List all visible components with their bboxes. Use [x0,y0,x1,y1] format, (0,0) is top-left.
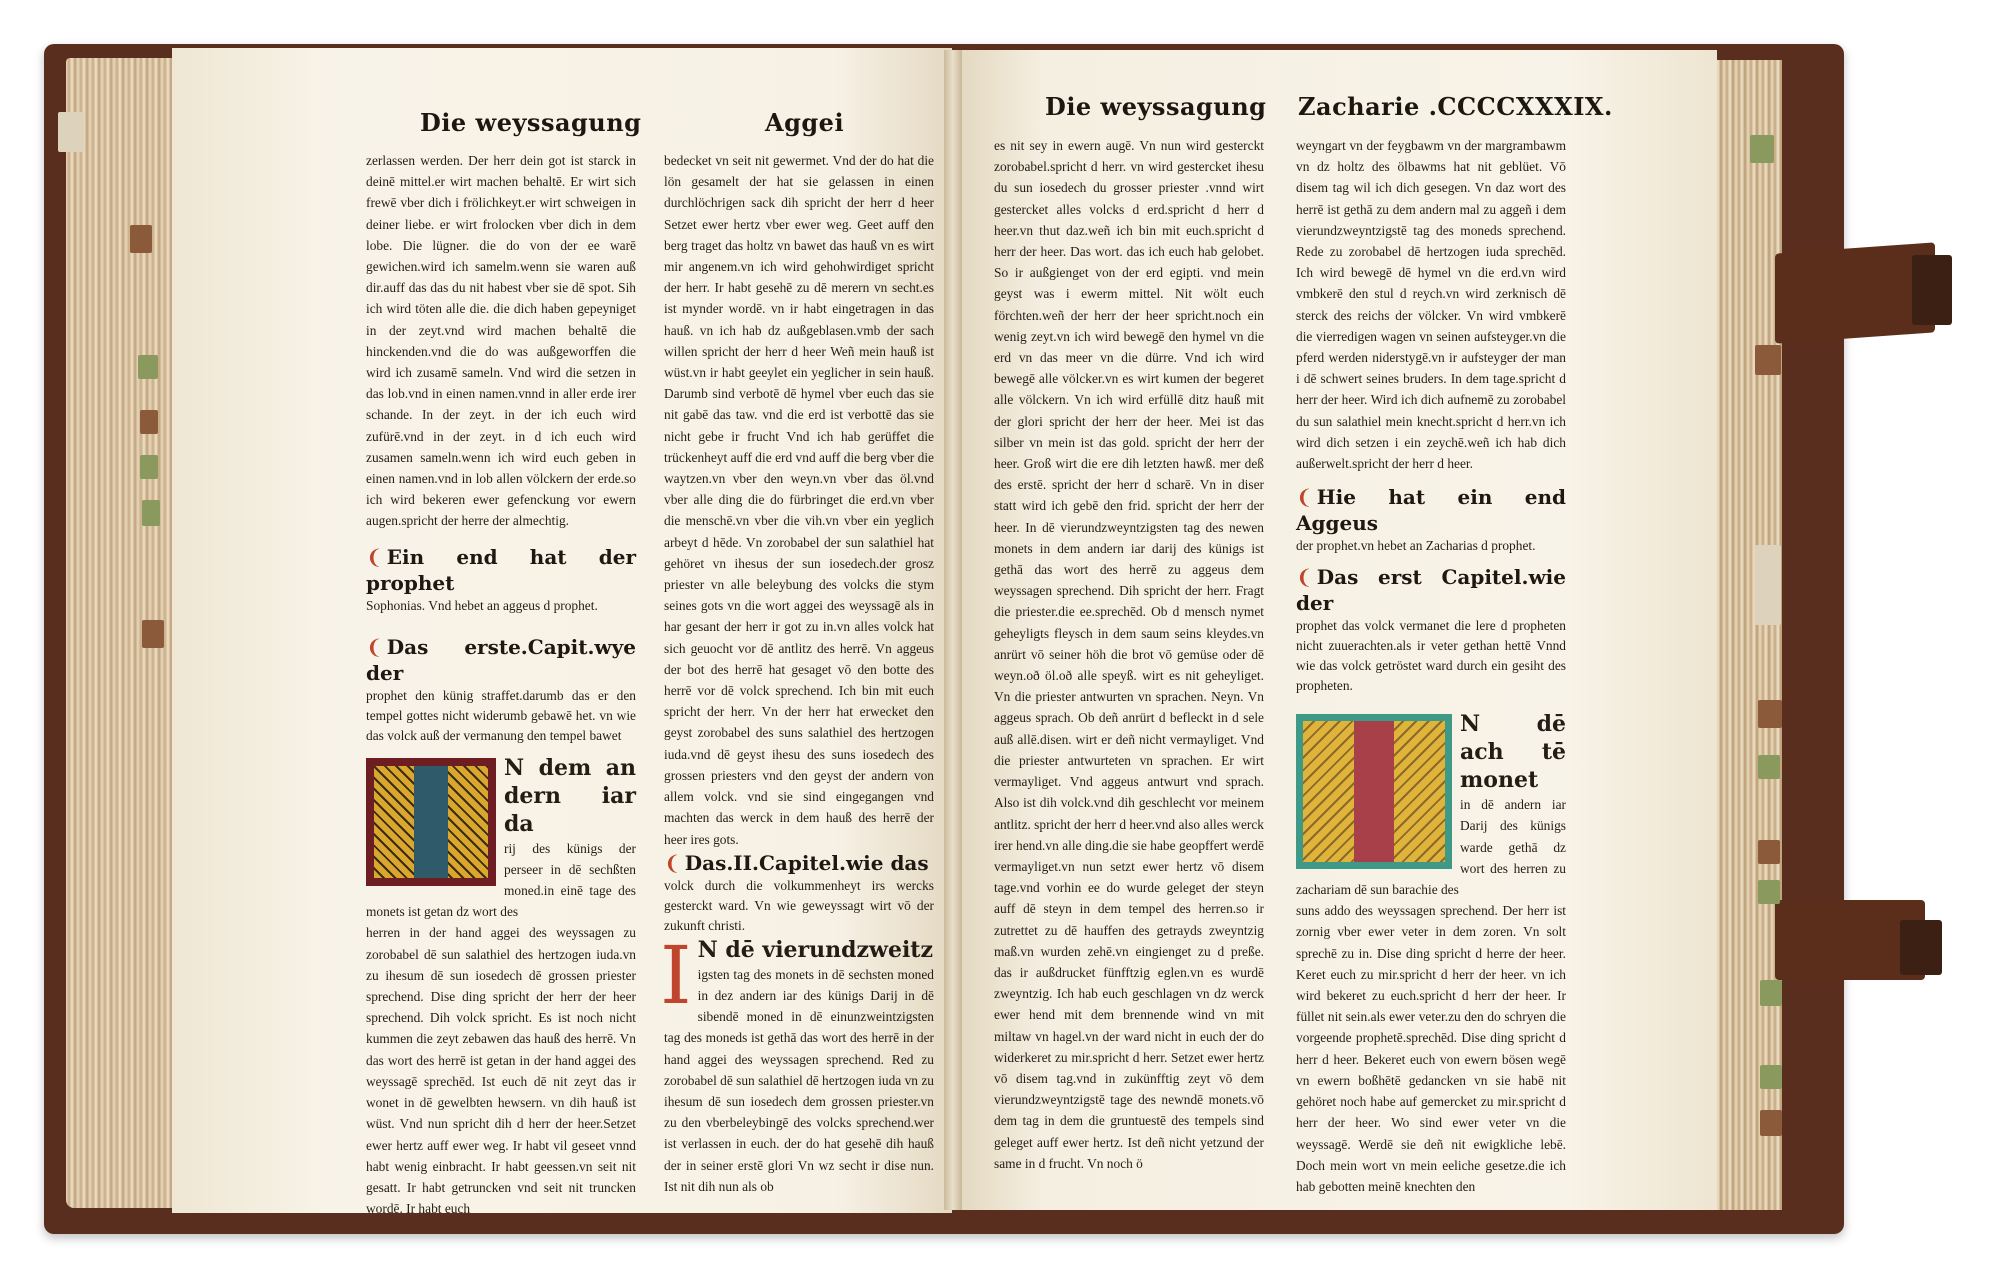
text-column-1: zerlassen werden. Der herr dein got ist … [366,150,636,1219]
text-column-3: es nit sey in ewern augē. Vn nun wird ge… [994,135,1264,1174]
chapter-heading: ❨Das.II.Capitel.wie das [664,850,934,876]
running-head-right-page-right: Zacharie .CCCCXXXIX. [1298,92,1613,121]
page-tab [1758,880,1780,904]
pilcrow-mark: ❨ [664,851,681,875]
lower-clasp-plate [1900,920,1942,975]
page-tab [1758,840,1780,864]
page-tab [1760,1110,1782,1136]
running-head-left-page-left: Die weyssagung [420,108,641,137]
running-head-right-page-left: Die weyssagung [1045,92,1266,121]
rubric-heading: ❨Hie hat ein end Aggeus [1296,484,1566,536]
page-tab [142,620,164,648]
pilcrow-mark: ❨ [1296,485,1313,509]
chapter-summary: volck durch die volkummenheyt irs wercks… [664,876,934,936]
page-tab [1755,345,1781,375]
page-tab [142,500,160,526]
red-initial-letter: I [660,936,692,1016]
pilcrow-mark: ❨ [366,545,383,569]
right-text-block-edge [1712,60,1782,1210]
rubric-heading: ❨Ein end hat der prophet [366,544,636,596]
pilcrow-mark: ❨ [1296,565,1313,589]
pilcrow-mark: ❨ [366,635,383,659]
initial-letter-i: I [374,766,488,878]
book-gutter [944,50,962,1210]
page-tab [138,355,158,379]
page-tab [1750,135,1774,163]
open-book-photo: Die weyssagung Aggei Die weyssagung Zach… [0,0,2000,1269]
column-text: bedecket vn seit nit gewermet. Vnd der d… [664,150,934,850]
column-text: herren in der hand aggei des weyssagen z… [366,922,636,1219]
text-column-4: weyngart vn der feygbawm vn der margramb… [1296,135,1566,1197]
chapter-heading: ❨Das erst Capitel.wie der [1296,564,1566,616]
upper-clasp-plate [1912,255,1952,325]
chapter-summary: prophet das volck vermanet die lere d pr… [1296,616,1566,696]
page-tab [140,410,158,434]
column-text: weyngart vn der feygbawm vn der margramb… [1296,135,1566,474]
page-tab [130,225,152,253]
column-text: suns addo des weyssagen sprechend. Der h… [1296,900,1566,1197]
page-tab [1755,545,1781,625]
page-tab [1760,1065,1782,1089]
text-column-2: bedecket vn seit nit gewermet. Vnd der d… [664,150,934,1197]
running-head-left-page-right: Aggei [765,108,844,137]
illuminated-initial: I [366,758,496,886]
column-text: zerlassen werden. Der herr dein got ist … [366,150,636,532]
page-tab [1760,980,1782,1006]
column-text: igsten tag des monets in dē sechsten mon… [664,964,934,1197]
chapter-heading: ❨Das erste.Capit.wye der [366,634,636,686]
column-text: es nit sey in ewern augē. Vn nun wird ge… [994,135,1264,1174]
illuminated-initial: I [1296,714,1452,869]
page-tab [1758,755,1780,779]
chapter-summary: prophet den künig straffet.darumb das er… [366,686,636,746]
rubric-subheading: Sophonias. Vnd hebet an aggeus d prophet… [366,596,636,616]
page-tab [140,455,158,479]
page-tab [58,112,84,152]
incipit-large: N dē vierundzweitz [664,936,934,964]
page-tab [1758,700,1782,728]
initial-letter-i: I [1303,721,1445,862]
upper-clasp-strap [1775,242,1935,343]
rubric-subheading: der prophet.vn hebet an Zacharias d prop… [1296,536,1566,556]
